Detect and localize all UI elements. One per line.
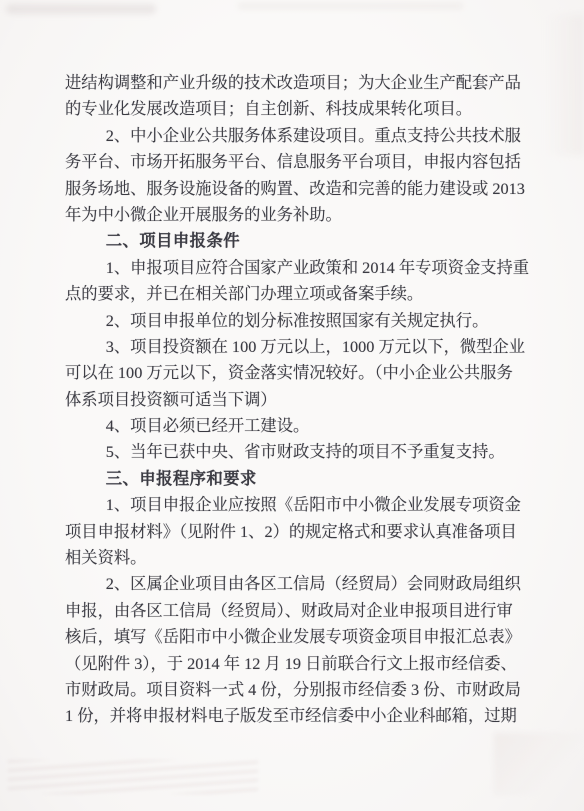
text-line: 2、项目申报单位的划分标准按照国家有关规定执行。 — [65, 308, 523, 334]
section-heading-application-procedure: 三、申报程序和要求 — [65, 466, 523, 492]
scan-streaks-bottom-right — [494, 733, 584, 795]
text-line: 体系项目投资额可适当下调） — [65, 387, 523, 413]
text-line: 点的要求，并已在相关部门办理立项或备案手续。 — [65, 281, 523, 307]
text-line: 4、项目必须已经开工建设。 — [65, 413, 523, 439]
text-line: 进结构调整和产业升级的技术改造项目；为大企业生产配套产品 — [65, 70, 523, 96]
text-line: 1 份，并将申报材料电子版发至市经信委中小企业科邮箱，过期 — [65, 703, 523, 729]
text-line: 1、项目申报企业应按照《岳阳市中小微企业发展专项资金 — [65, 492, 523, 518]
text-line: 务平台、市场开拓服务平台、信息服务平台项目，申报内容包括 — [65, 149, 523, 175]
text-line: 年为中小微企业开展服务的业务补助。 — [65, 202, 523, 228]
text-line: 5、当年已获中央、省市财政支持的项目不予重复支持。 — [65, 439, 523, 465]
text-line: 市财政局。项目资料一式 4 份，分别报市经信委 3 份、市财政局 — [65, 677, 523, 703]
section-heading-application-conditions: 二、项目申报条件 — [65, 228, 523, 254]
text-line: 1、申报项目应符合国家产业政策和 2014 年专项资金支持重 — [65, 255, 523, 281]
text-line: 申报，由各区工信局（经贸局）、财政局对企业申报项目进行审 — [65, 598, 523, 624]
scan-streaks-bottom-left — [8, 760, 258, 794]
text-line: 核后，填写《岳阳市中小微企业发展专项资金项目申报汇总表》 — [65, 624, 523, 650]
text-line: 可以在 100 万元以下，资金落实情况较好。（中小企业公共服务 — [65, 360, 523, 386]
scan-shade-right-edge — [546, 15, 584, 155]
text-line: 的专业化发展改造项目；自主创新、科技成果转化项目。 — [65, 96, 523, 122]
text-line: （见附件 3），于 2014 年 12 月 19 日前联合行文上报市经信委、 — [65, 651, 523, 677]
document-text-block: 进结构调整和产业升级的技术改造项目；为大企业生产配套产品 的专业化发展改造项目；… — [65, 70, 523, 730]
text-line: 相关资料。 — [65, 545, 523, 571]
text-line: 项目申报材料》（见附件 1、2）的规定格式和要求认真准备项目 — [65, 519, 523, 545]
document-page: 进结构调整和产业升级的技术改造项目；为大企业生产配套产品 的专业化发展改造项目；… — [0, 0, 584, 811]
scan-smudge-top-mid — [238, 3, 463, 9]
text-line: 3、项目投资额在 100 万元以上，1000 万元以下，微型企业 — [65, 334, 523, 360]
scan-smudge-top-left — [6, 4, 156, 14]
text-line: 2、区属企业项目由各区工信局（经贸局）会同财政局组织 — [65, 571, 523, 597]
text-line: 2、中小企业公共服务体系建设项目。重点支持公共技术服 — [65, 123, 523, 149]
text-line: 服务场地、服务设施设备的购置、改造和完善的能力建设或 2013 — [65, 176, 523, 202]
